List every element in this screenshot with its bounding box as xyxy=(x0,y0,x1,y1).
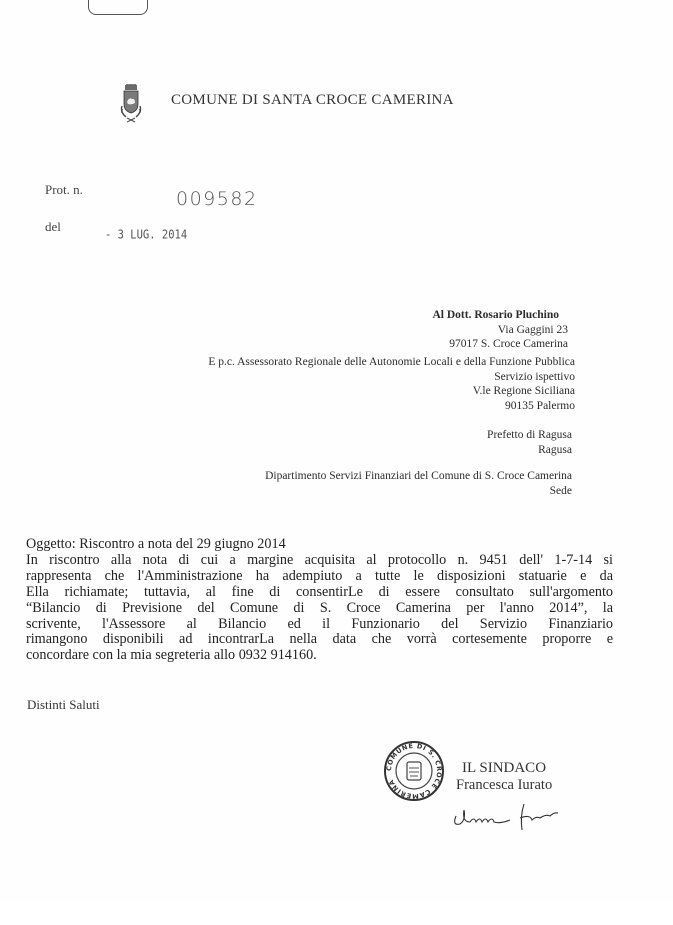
subject-line: Oggetto: Riscontro a nota del 29 giugno … xyxy=(26,537,613,553)
signatory-title: IL SINDACO xyxy=(462,760,546,777)
prefect-office: Prefetto di Ragusa xyxy=(487,428,572,443)
municipal-coat-of-arms-icon xyxy=(118,84,144,124)
signatory-name: Francesca Iurato xyxy=(456,777,552,794)
recipient-street: Via Gaggini 23 xyxy=(433,323,569,338)
stamp-box-outline xyxy=(88,0,148,15)
municipal-seal-stamp-icon: COMUNE DI S. CROCE CAMERINA xyxy=(383,740,445,802)
department-name: Dipartimento Servizi Finanziari del Comu… xyxy=(265,469,572,484)
protocol-number-label: Prot. n. xyxy=(45,182,83,198)
body-line: In riscontro alla nota di cui a margine … xyxy=(26,553,613,569)
recipient-prefect: Prefetto di Ragusa Ragusa xyxy=(487,428,572,457)
cc-street: V.le Regione Siciliana xyxy=(208,384,575,399)
cc-office: E p.c. Assessorato Regionale delle Auton… xyxy=(208,355,575,370)
cc-city: 90135 Palermo xyxy=(208,399,575,414)
protocol-date-value: - 3 LUG. 2014 xyxy=(105,228,187,242)
recipient-cc: E p.c. Assessorato Regionale delle Auton… xyxy=(208,355,575,413)
scanned-page xyxy=(0,0,673,900)
closing-salutation: Distinti Saluti xyxy=(27,697,100,713)
protocol-date-label: del xyxy=(45,219,61,235)
recipient-department: Dipartimento Servizi Finanziari del Comu… xyxy=(265,469,572,498)
prefect-city: Ragusa xyxy=(487,443,572,458)
body-line: scrivente, l'Assessore al Bilancio ed il… xyxy=(26,617,613,633)
cc-service: Servizio ispettivo xyxy=(208,370,575,385)
body-line: rimangono disponibili ad incontrarLa nel… xyxy=(26,632,613,648)
department-location: Sede xyxy=(265,484,572,499)
letter-body: Oggetto: Riscontro a nota del 29 giugno … xyxy=(26,537,613,664)
recipient-primary: Al Dott. Rosario Pluchino Via Gaggini 23… xyxy=(433,308,569,352)
municipality-title: COMUNE DI SANTA CROCE CAMERINA xyxy=(171,92,454,109)
handwritten-signature-icon xyxy=(450,796,570,832)
body-line: rappresenta che l'Amministrazione ha ade… xyxy=(26,569,613,585)
recipient-city: 97017 S. Croce Camerina xyxy=(433,337,569,352)
body-line: concordare con la mia segreteria allo 09… xyxy=(26,648,613,664)
body-line: Ella richiamate; tuttavia, al fine di co… xyxy=(26,585,613,601)
recipient-name: Al Dott. Rosario Pluchino xyxy=(433,308,569,323)
body-line: “Bilancio di Previsione del Comune di S.… xyxy=(26,601,613,617)
protocol-number-value: 009582 xyxy=(176,188,258,210)
